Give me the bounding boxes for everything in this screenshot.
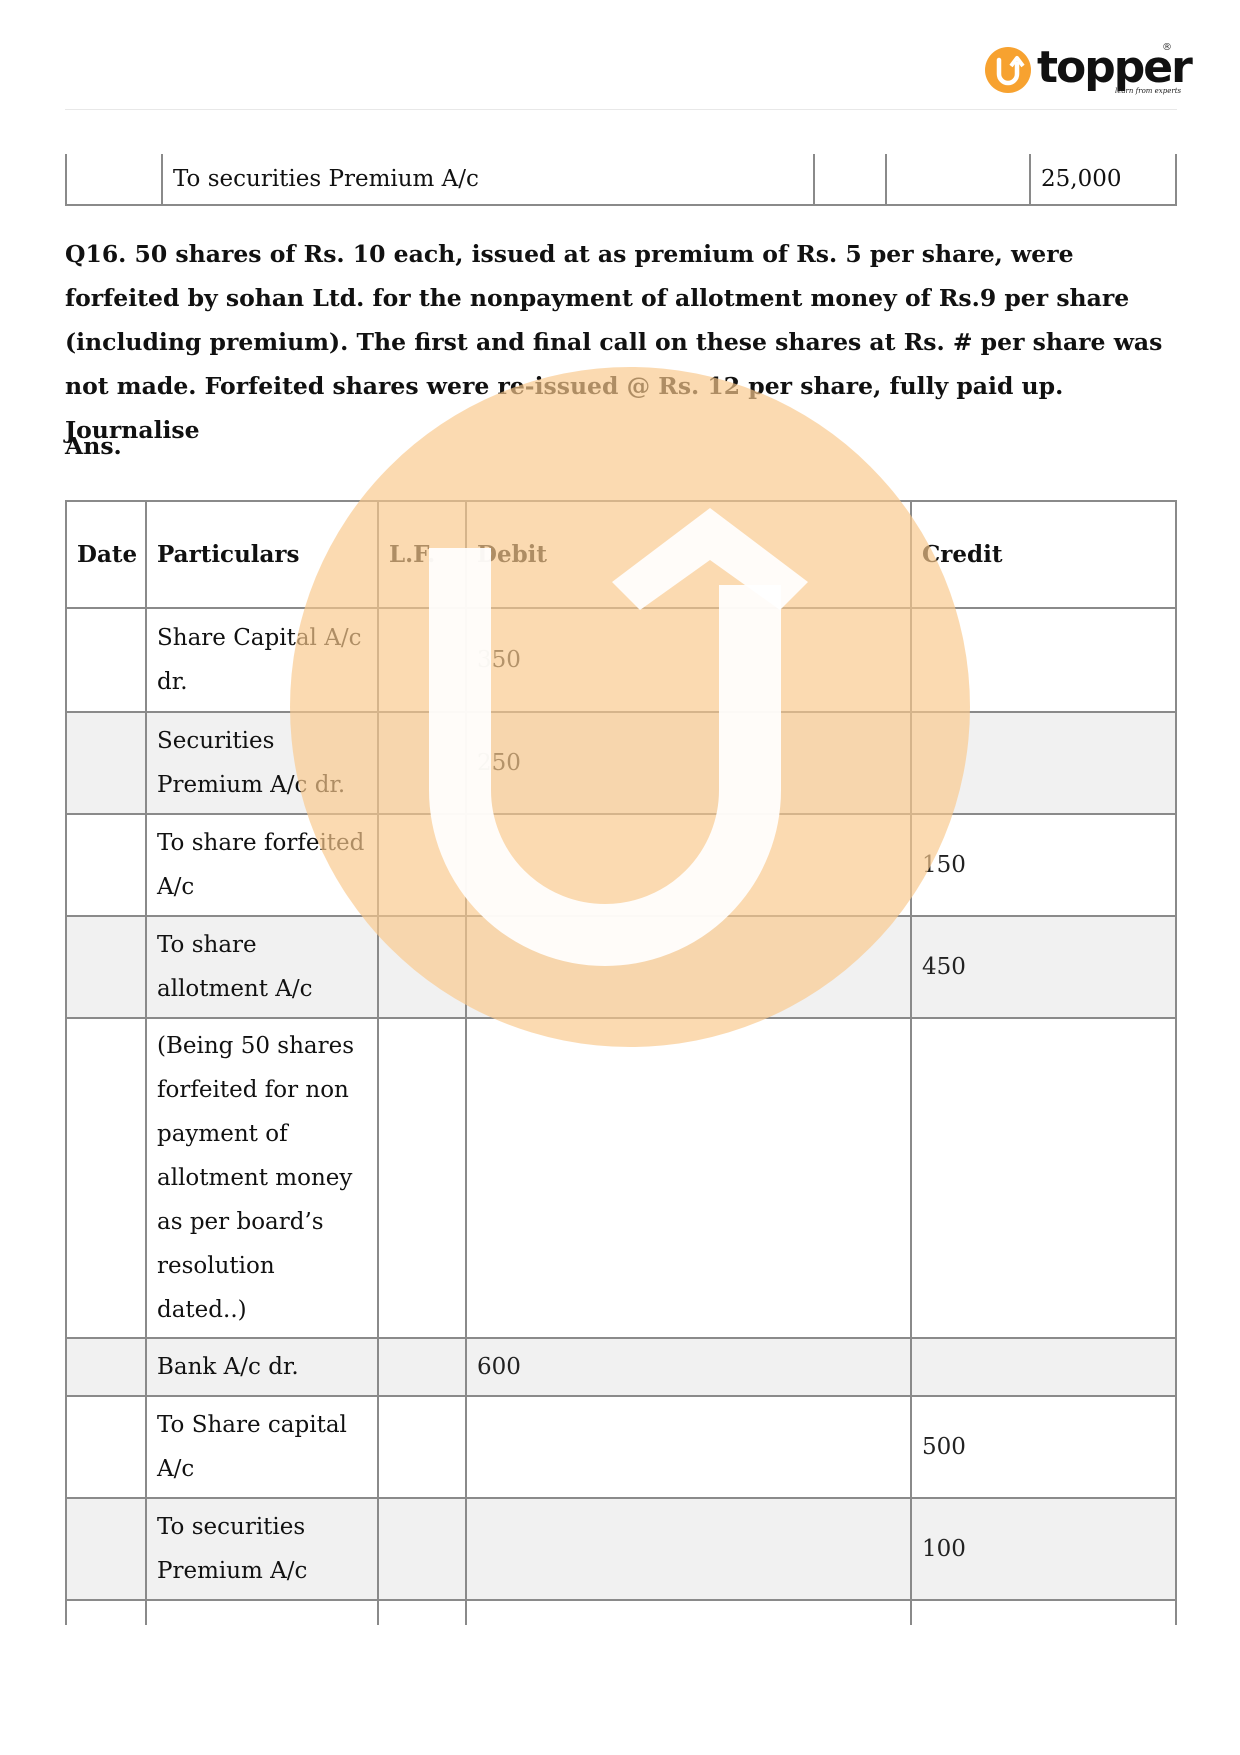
table-row: (Being 50 shares forfeited for non payme… xyxy=(66,1018,1176,1338)
cell-particulars: To Share capital A/c xyxy=(146,1396,378,1498)
cell-credit: 150 xyxy=(911,814,1176,916)
cell-lf xyxy=(378,1018,466,1338)
cell-lf xyxy=(378,1338,466,1396)
answer-label: Ans. xyxy=(65,432,122,460)
brand-tagline: learn from experts xyxy=(1115,87,1181,95)
empty-cell xyxy=(466,1600,911,1625)
cell-date xyxy=(66,1018,146,1338)
cell-debit: 350 xyxy=(466,608,911,712)
previous-journal-fragment: To securities Premium A/c 25,000 xyxy=(65,154,1177,206)
cell-date xyxy=(66,712,146,814)
cell-particulars: Share Capital A/c dr. xyxy=(146,608,378,712)
cell-lf xyxy=(378,814,466,916)
table-header-row: Date Particulars L.F. Debit Credit xyxy=(66,501,1176,608)
cell-debit xyxy=(466,1498,911,1600)
cell-date xyxy=(66,154,162,205)
cell-lf xyxy=(814,154,886,205)
cell-date xyxy=(66,814,146,916)
cell-lf xyxy=(378,1498,466,1600)
table-row: Bank A/c dr.600 xyxy=(66,1338,1176,1396)
cell-debit xyxy=(466,916,911,1018)
cell-debit: 250 xyxy=(466,712,911,814)
cell-credit xyxy=(911,712,1176,814)
cell-particulars: To share forfeited A/c xyxy=(146,814,378,916)
header-credit: Credit xyxy=(911,501,1176,608)
empty-cell xyxy=(911,1600,1176,1625)
table-row: To Share capital A/c500 xyxy=(66,1396,1176,1498)
table-row: Securities Premium A/c dr.250 xyxy=(66,712,1176,814)
registered-mark: ® xyxy=(1162,42,1172,53)
table-row: To share forfeited A/c150 xyxy=(66,814,1176,916)
cell-credit: 25,000 xyxy=(1030,154,1176,205)
header-divider xyxy=(65,109,1177,110)
cell-debit xyxy=(466,814,911,916)
cell-date xyxy=(66,1498,146,1600)
cell-credit xyxy=(911,1338,1176,1396)
table-row-continued xyxy=(66,1600,1176,1625)
cell-date xyxy=(66,1396,146,1498)
cell-lf xyxy=(378,916,466,1018)
cell-date xyxy=(66,1338,146,1396)
empty-cell xyxy=(146,1600,378,1625)
cell-credit: 100 xyxy=(911,1498,1176,1600)
cell-particulars: To securities Premium A/c xyxy=(146,1498,378,1600)
cell-particulars: Bank A/c dr. xyxy=(146,1338,378,1396)
table-row: To securities Premium A/c100 xyxy=(66,1498,1176,1600)
header-particulars: Particulars xyxy=(146,501,378,608)
question-text: Q16. 50 shares of Rs. 10 each, issued at… xyxy=(65,232,1180,452)
cell-credit xyxy=(911,1018,1176,1338)
cell-particulars: (Being 50 shares forfeited for non payme… xyxy=(146,1018,378,1338)
header-lf: L.F. xyxy=(378,501,466,608)
cell-credit: 450 xyxy=(911,916,1176,1018)
cell-date xyxy=(66,916,146,1018)
cell-debit xyxy=(466,1396,911,1498)
cell-particulars: Securities Premium A/c dr. xyxy=(146,712,378,814)
table-row: To securities Premium A/c 25,000 xyxy=(66,154,1176,205)
table-row: Share Capital A/c dr.350 xyxy=(66,608,1176,712)
header-date: Date xyxy=(66,501,146,608)
cell-particulars: To securities Premium A/c xyxy=(162,154,814,205)
cell-debit xyxy=(886,154,1030,205)
cell-debit: 600 xyxy=(466,1338,911,1396)
cell-lf xyxy=(378,608,466,712)
cell-particulars: To share allotment A/c xyxy=(146,916,378,1018)
empty-cell xyxy=(378,1600,466,1625)
table-row: To share allotment A/c450 xyxy=(66,916,1176,1018)
cell-lf xyxy=(378,1396,466,1498)
u-arrow-icon xyxy=(985,47,1031,93)
cell-credit: 500 xyxy=(911,1396,1176,1498)
journal-entry-table: Date Particulars L.F. Debit Credit Share… xyxy=(65,500,1177,1625)
cell-lf xyxy=(378,712,466,814)
cell-debit xyxy=(466,1018,911,1338)
cell-date xyxy=(66,608,146,712)
empty-cell xyxy=(66,1600,146,1625)
header-debit: Debit xyxy=(466,501,911,608)
cell-credit xyxy=(911,608,1176,712)
